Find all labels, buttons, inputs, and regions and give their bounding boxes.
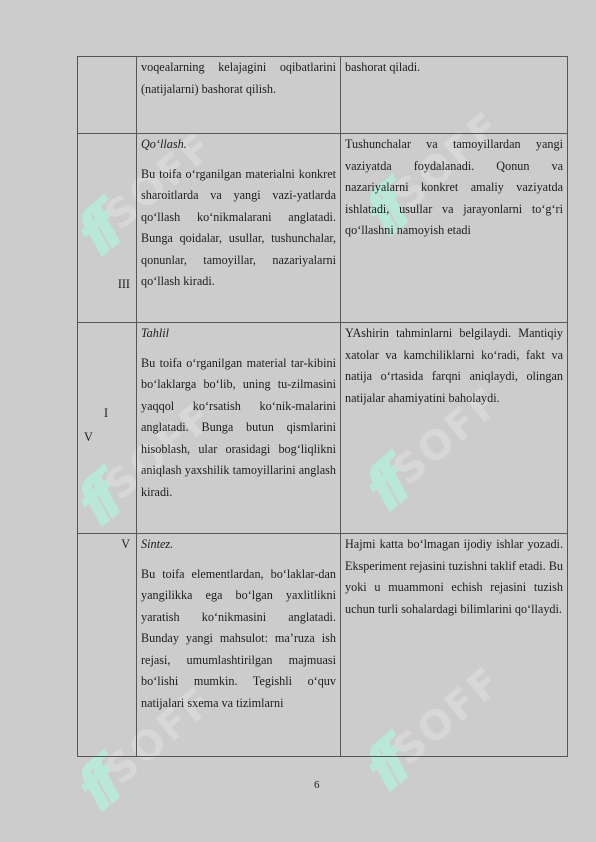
outcome-description: YAshirin tahminlarni belgilaydi. Mantiqi… [341, 323, 568, 534]
description-text: Bu toifa o‘rganilgan materialni konkret … [141, 164, 336, 293]
category-heading: Qo‘llash. [141, 134, 336, 156]
category-heading: Tahlil [141, 323, 336, 345]
category-description: Sintez. Bu toifa elementlardan, bo‘lakla… [137, 534, 341, 757]
watermark-logo-icon: ff [62, 753, 129, 826]
outcome-description: bashorat qiladi. [341, 57, 568, 134]
category-description: voqealarning kelajagini oqibatlarini (na… [137, 57, 341, 134]
outcome-description: Hajmi katta bo‘lmagan ijodiy ishlar yoza… [341, 534, 568, 757]
table-row: I V Tahlil Bu toifa o‘rganilgan material… [78, 323, 568, 534]
row-number: V [78, 534, 137, 757]
row-number-top: I [82, 323, 130, 425]
row-number: I V [78, 323, 137, 534]
description-text: Bu toifa elementlardan, bo‘laklar-dan ya… [141, 564, 336, 715]
description-text: voqealarning kelajagini oqibatlarini (na… [141, 60, 336, 96]
page-number: 6 [314, 779, 320, 791]
row-number: III [78, 134, 137, 323]
table-row: voqealarning kelajagini oqibatlarini (na… [78, 57, 568, 134]
row-number [78, 57, 137, 134]
table-row: V Sintez. Bu toifa elementlardan, bo‘lak… [78, 534, 568, 757]
table-row: III Qo‘llash. Bu toifa o‘rganilgan mater… [78, 134, 568, 323]
category-heading: Sintez. [141, 534, 336, 556]
category-description: Tahlil Bu toifa o‘rganilgan material tar… [137, 323, 341, 534]
category-description: Qo‘llash. Bu toifa o‘rganilgan materialn… [137, 134, 341, 323]
row-number-text: III [82, 134, 130, 296]
outcome-description: Tushunchalar va tamoyillardan yangi vazi… [341, 134, 568, 323]
taxonomy-table: voqealarning kelajagini oqibatlarini (na… [77, 56, 568, 757]
description-text: Bu toifa o‘rganilgan material tar-kibini… [141, 353, 336, 504]
row-number-text: V [82, 427, 130, 449]
